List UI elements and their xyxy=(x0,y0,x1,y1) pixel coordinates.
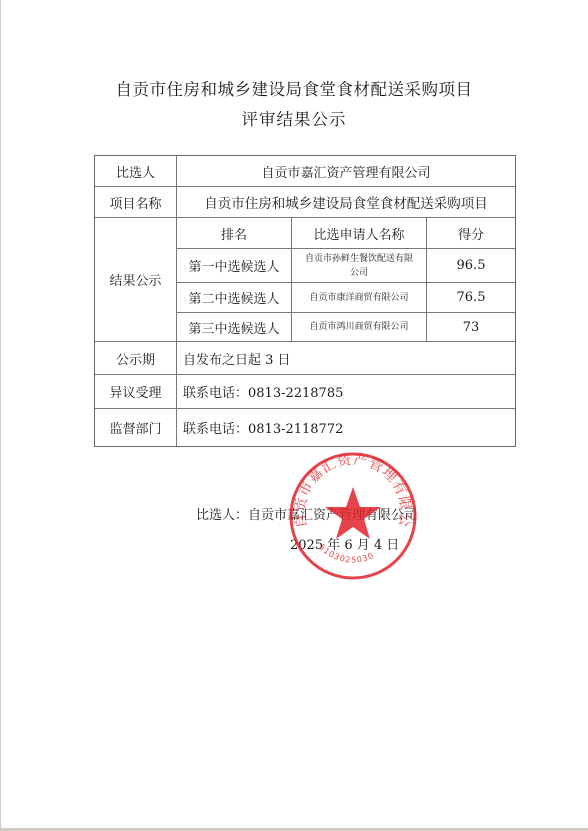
objection-value: 联系电话：0813-2218785 xyxy=(177,375,515,408)
objection-label: 异议受理 xyxy=(95,375,176,408)
supervision-label: 监督部门 xyxy=(95,409,176,446)
candidate-name: 自贡市孙鲜生餐饮配送有限 公司 xyxy=(292,249,426,282)
candidate-name-line1: 自贡市孙鲜生餐饮配送有限 xyxy=(305,252,413,266)
seal-code: 5103025030 xyxy=(317,542,375,564)
supervision-value: 联系电话：0813-2118772 xyxy=(177,409,515,446)
candidate-name: 自贡市鸿川商贸有限公司 xyxy=(292,313,426,341)
header-applicant: 比选申请人名称 xyxy=(292,218,426,248)
document-title: 自贡市住房和城乡建设局食堂食材配送采购项目 xyxy=(0,76,588,100)
project-label: 项目名称 xyxy=(95,187,176,217)
header-rank: 排名 xyxy=(177,218,291,248)
candidate-score: 96.5 xyxy=(427,249,515,282)
result-table: 比选人 自贡市嘉汇资产管理有限公司 项目名称 自贡市住房和城乡建设局食堂食材配送… xyxy=(94,155,516,447)
header-score: 得分 xyxy=(427,218,515,248)
document-subtitle: 评审结果公示 xyxy=(0,106,588,130)
candidate-score: 76.5 xyxy=(427,283,515,312)
candidate-name: 自贡市康洋商贸有限公司 xyxy=(292,283,426,312)
results-label: 结果公示 xyxy=(95,218,176,341)
candidate-rank: 第三中选候选人 xyxy=(177,313,291,341)
period-value: 自发布之日起 3 日 xyxy=(177,342,515,374)
candidate-score: 73 xyxy=(427,313,515,341)
company-seal-icon: 自贡市嘉汇资产管理有限公司 5103025030 xyxy=(286,449,420,583)
candidate-rank: 第二中选候选人 xyxy=(177,283,291,312)
candidate-rank: 第一中选候选人 xyxy=(177,249,291,282)
signature-label: 比选人： xyxy=(196,508,248,523)
project-value: 自贡市住房和城乡建设局食堂食材配送采购项目 xyxy=(177,187,515,217)
svg-text:5103025030: 5103025030 xyxy=(317,542,375,564)
selector-label: 比选人 xyxy=(95,156,176,186)
selector-value: 自贡市嘉汇资产管理有限公司 xyxy=(177,156,515,186)
candidate-name-line2: 公司 xyxy=(350,266,368,280)
period-label: 公示期 xyxy=(95,342,176,374)
